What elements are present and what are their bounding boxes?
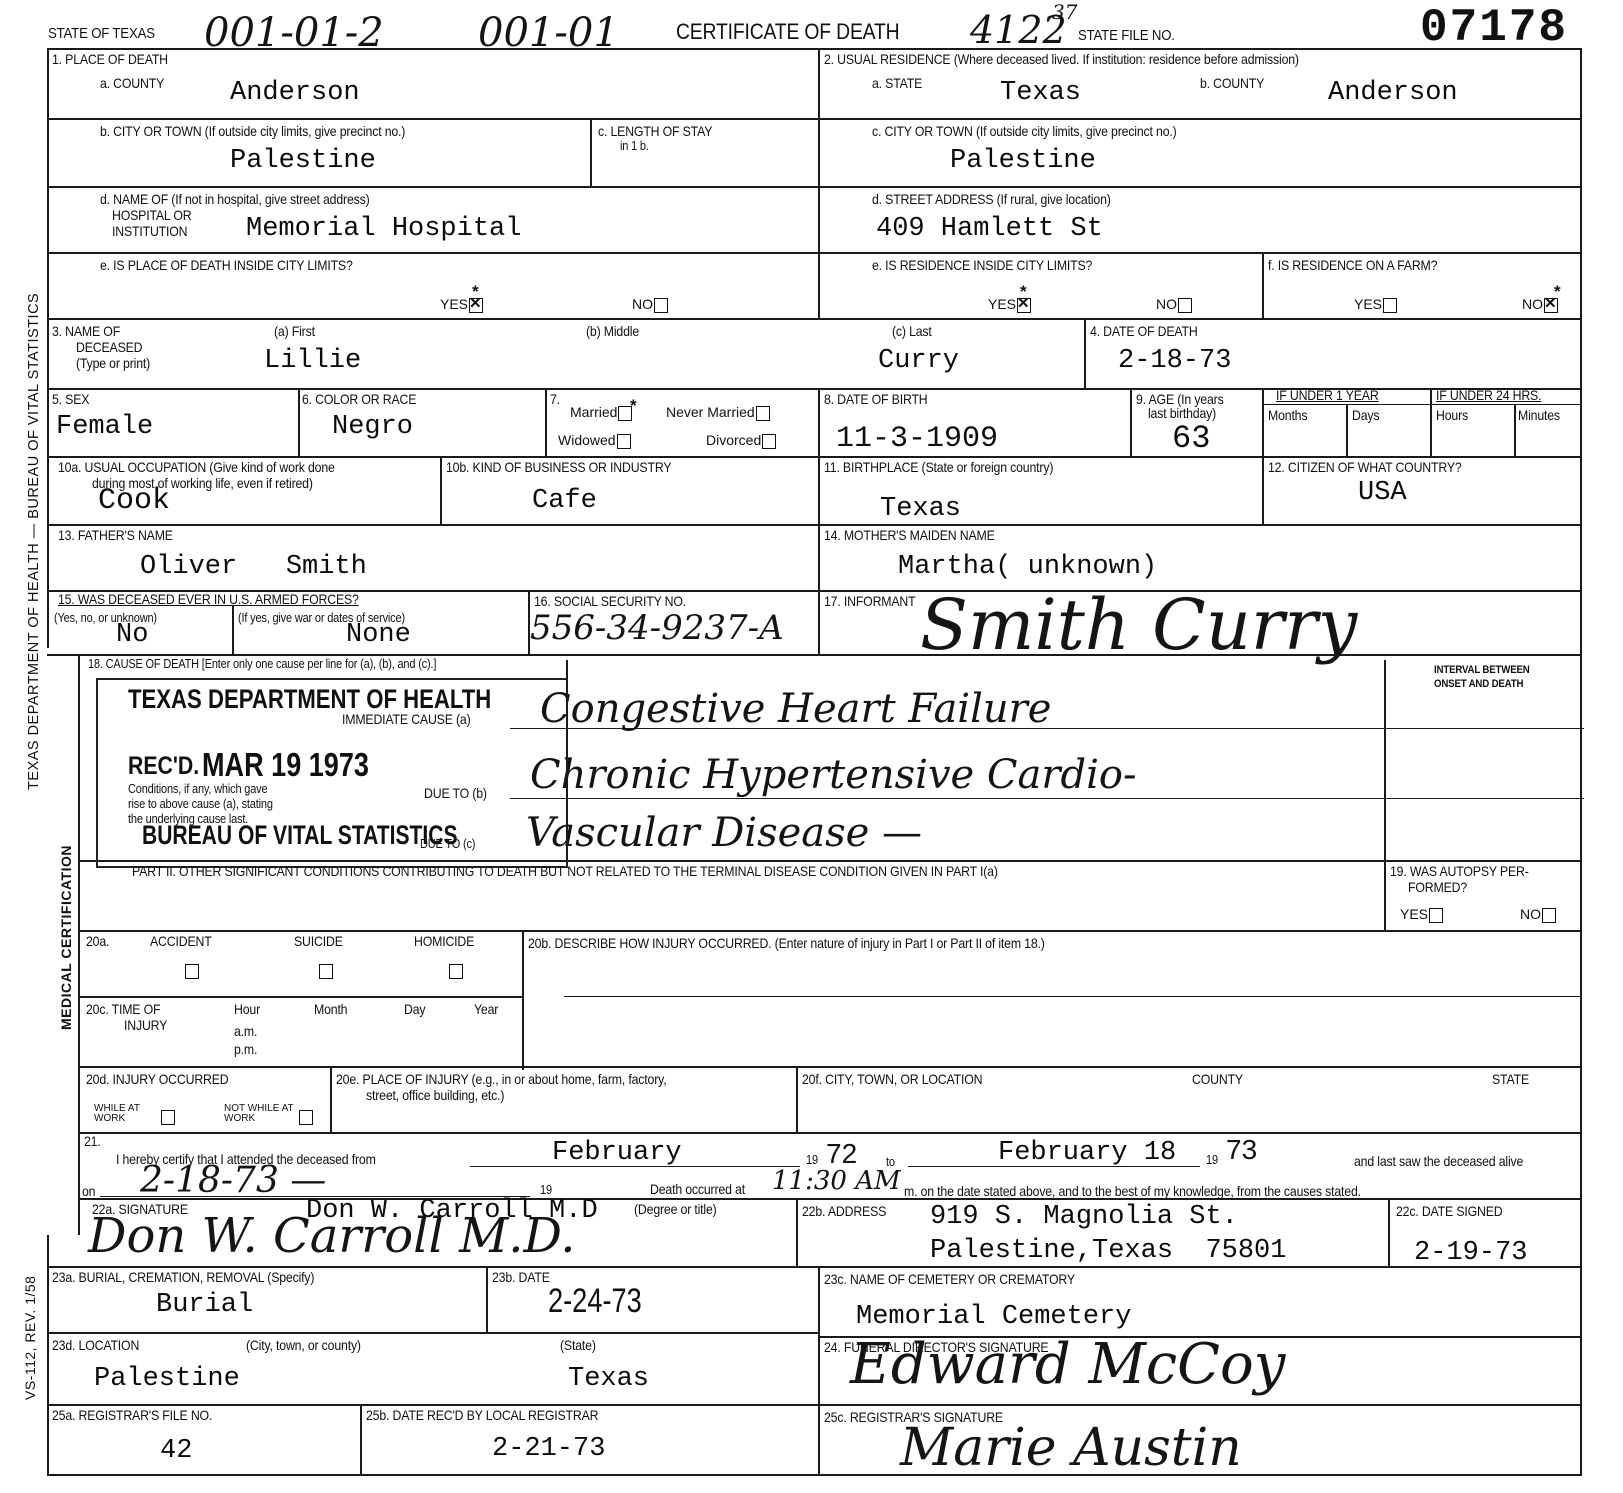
- occupation-label: 10a. USUAL OCCUPATION (Give kind of work…: [58, 460, 335, 475]
- death-city-value: Palestine: [230, 146, 376, 176]
- registrar-file-label: 25a. REGISTRAR'S FILE NO.: [52, 1408, 212, 1423]
- state-file-number: 07178: [1420, 2, 1568, 54]
- degree-label: (Degree or title): [634, 1202, 717, 1217]
- registrar-signature: Marie Austin: [900, 1418, 1242, 1478]
- autopsy-label: 19. WAS AUTOPSY PER-: [1390, 864, 1529, 879]
- not-while-at-work-option[interactable]: NOT WHILE AT WORK: [224, 1104, 294, 1124]
- injury-state-label: STATE: [1492, 1072, 1529, 1087]
- married-option[interactable]: Married: [570, 404, 632, 421]
- yes-label: YES: [988, 296, 1016, 312]
- first-name-value: Lillie: [264, 346, 361, 376]
- suicide-label: SUICIDE: [294, 934, 343, 949]
- ssn-value: 556-34-9237-A: [530, 608, 784, 648]
- injury-type-label: 20a.: [86, 934, 109, 949]
- divorced-option[interactable]: Divorced: [706, 432, 776, 449]
- date-of-death-value: 2-18-73: [1118, 346, 1231, 376]
- burial-method-label: 23a. BURIAL, CREMATION, REMOVAL (Specify…: [52, 1270, 314, 1285]
- residence-inside-city-no[interactable]: NO: [1156, 296, 1192, 313]
- armed-forces-value: No: [116, 620, 148, 650]
- location-city-value: Palestine: [94, 1364, 240, 1394]
- date-of-birth-label: 8. DATE OF BIRTH: [824, 392, 928, 407]
- residence-state-value: Texas: [1000, 78, 1081, 108]
- accident-label: ACCIDENT: [150, 934, 212, 949]
- last-name-label: (c) Last: [892, 324, 932, 339]
- length-of-stay-label: c. LENGTH OF STAY: [598, 124, 712, 139]
- married-label: Married: [570, 404, 617, 420]
- sex-label: 5. SEX: [52, 392, 89, 407]
- hospital-label-3: INSTITUTION: [112, 224, 187, 239]
- asterisk-icon: *: [1020, 282, 1027, 302]
- burial-method-value: Burial: [156, 1290, 253, 1320]
- armed-forces-label: 15. WAS DECEASED EVER IN U.S. ARMED FORC…: [58, 592, 359, 607]
- interval-label-2: ONSET AND DEATH: [1434, 678, 1523, 690]
- death-time-value: 11:30 AM: [772, 1166, 901, 1196]
- residence-inside-city-label: e. IS RESIDENCE INSIDE CITY LIMITS?: [872, 258, 1092, 273]
- describe-injury-label: 20b. DESCRIBE HOW INJURY OCCURRED. (Ente…: [528, 936, 1045, 951]
- residence-city-value: Palestine: [950, 146, 1096, 176]
- location-state-label: (State): [560, 1338, 596, 1353]
- place-of-death-label: 1. PLACE OF DEATH: [52, 52, 168, 67]
- state-file-label: STATE FILE NO.: [1078, 28, 1175, 43]
- no-label: NO: [1156, 296, 1177, 312]
- no-label: NO: [632, 296, 653, 312]
- cemetery-value: Memorial Cemetery: [856, 1302, 1131, 1332]
- cause-of-death-label: 18. CAUSE OF DEATH [Enter only one cause…: [88, 658, 436, 671]
- mother-label: 14. MOTHER'S MAIDEN NAME: [824, 528, 995, 543]
- homicide-checkbox[interactable]: [449, 964, 463, 979]
- due-to-c-value: Vascular Disease —: [526, 810, 922, 856]
- death-city-label: b. CITY OR TOWN (If outside city limits,…: [100, 124, 405, 139]
- location-city-label: (City, town, or county): [246, 1338, 361, 1353]
- address-label: 22b. ADDRESS: [802, 1204, 886, 1219]
- day-label: Day: [404, 1002, 425, 1017]
- widowed-label: Widowed: [558, 432, 616, 448]
- residence-city-label: c. CITY OR TOWN (If outside city limits,…: [872, 124, 1177, 139]
- month-label: Month: [314, 1002, 347, 1017]
- farm-yes[interactable]: YES: [1354, 296, 1397, 313]
- not-while-at-work-label: NOT WHILE AT WORK: [224, 1103, 293, 1124]
- date-signed-label: 22c. DATE SIGNED: [1396, 1204, 1503, 1219]
- residence-county-value: Anderson: [1328, 78, 1458, 108]
- under-1-year-label: IF UNDER 1 YEAR: [1276, 388, 1379, 403]
- injury-occurred-label: 20d. INJURY OCCURRED: [86, 1072, 229, 1087]
- autopsy-no[interactable]: NO: [1520, 906, 1556, 923]
- no-label: NO: [1522, 296, 1543, 312]
- father-label: 13. FATHER'S NAME: [58, 528, 173, 543]
- part-2-label: PART II. OTHER SIGNIFICANT CONDITIONS CO…: [132, 864, 998, 879]
- time-of-injury-label-2: INJURY: [124, 1018, 167, 1033]
- no-label: NO: [1520, 906, 1541, 922]
- asterisk-icon: *: [1554, 282, 1561, 302]
- while-at-work-label: WHILE AT WORK: [94, 1103, 140, 1124]
- handwritten-annotation-sup: 37: [1052, 0, 1077, 24]
- never-married-option[interactable]: Never Married: [666, 404, 770, 421]
- pm-label: p.m.: [234, 1042, 257, 1057]
- not-while-at-work-checkbox[interactable]: [299, 1110, 313, 1125]
- business-label: 10b. KIND OF BUSINESS OR INDUSTRY: [446, 460, 671, 475]
- interval-label: INTERVAL BETWEEN: [1434, 664, 1530, 676]
- never-married-label: Never Married: [666, 404, 755, 420]
- medical-certification-side-label: MEDICAL CERTIFICATION: [58, 845, 74, 1030]
- accident-checkbox[interactable]: [185, 964, 199, 979]
- immediate-cause-value: Congestive Heart Failure: [540, 686, 1051, 732]
- stamp-recd: REC'D.: [128, 752, 199, 781]
- department-side-label: TEXAS DEPARTMENT OF HEALTH — BUREAU OF V…: [26, 293, 42, 790]
- death-occurred-label: Death occurred at: [650, 1182, 745, 1197]
- name-label: 3. NAME OF: [52, 324, 120, 339]
- death-inside-city-no[interactable]: NO: [632, 296, 668, 313]
- under-24-hrs-label: IF UNDER 24 HRS.: [1436, 388, 1541, 403]
- ssn-label: 16. SOCIAL SECURITY NO.: [534, 594, 686, 609]
- autopsy-yes[interactable]: YES: [1400, 906, 1443, 923]
- street-address-label: d. STREET ADDRESS (If rural, give locati…: [872, 192, 1111, 207]
- business-value: Cafe: [532, 486, 597, 516]
- certification-text-3: m. on the date stated above, and to the …: [904, 1184, 1361, 1199]
- attended-from-month: February: [552, 1138, 682, 1168]
- citizen-label: 12. CITIZEN OF WHAT COUNTRY?: [1268, 460, 1462, 475]
- stamp-date: MAR 19 1973: [202, 746, 369, 784]
- suicide-checkbox[interactable]: [319, 964, 333, 979]
- injury-city-label: 20f. CITY, TOWN, OR LOCATION: [802, 1072, 982, 1087]
- checkbox[interactable]: [1178, 298, 1192, 313]
- state-of-texas-label: STATE OF TEXAS: [48, 26, 155, 41]
- checkbox[interactable]: [617, 434, 631, 449]
- nineteen-label-2: 19: [1206, 1154, 1218, 1167]
- burial-date-label: 23b. DATE: [492, 1270, 550, 1285]
- checkbox[interactable]: [1383, 298, 1397, 313]
- injury-county-label: COUNTY: [1192, 1072, 1243, 1087]
- date-of-birth-value: 11-3-1909: [836, 424, 998, 454]
- citizen-value: USA: [1358, 478, 1407, 508]
- race-value: Negro: [332, 412, 413, 442]
- farm-no[interactable]: NO: [1522, 296, 1558, 313]
- sex-value: Female: [56, 412, 153, 442]
- cemetery-label: 23c. NAME OF CEMETERY OR CREMATORY: [824, 1272, 1075, 1287]
- checkbox[interactable]: [1542, 908, 1556, 923]
- days-label: Days: [1352, 408, 1379, 423]
- age-label-2: last birthday): [1148, 406, 1216, 421]
- address-line-2: Palestine,Texas 75801: [930, 1236, 1286, 1266]
- physician-signature: Don W. Carroll M.D.: [88, 1208, 576, 1264]
- am-label: a.m.: [234, 1024, 257, 1039]
- farm-label: f. IS RESIDENCE ON A FARM?: [1268, 258, 1437, 273]
- stamp-line-1: TEXAS DEPARTMENT OF HEALTH: [128, 684, 491, 715]
- while-at-work-option[interactable]: WHILE AT WORK: [94, 1104, 154, 1124]
- due-to-b-value: Chronic Hypertensive Cardio-: [530, 752, 1137, 798]
- birthplace-value: Texas: [880, 494, 961, 524]
- funeral-director-signature: Edward McCoy: [850, 1332, 1285, 1397]
- address-line-1: 919 S. Magnolia St.: [930, 1202, 1238, 1232]
- marital-label: 7.: [550, 392, 560, 407]
- first-name-label: (a) First: [274, 324, 315, 339]
- months-label: Months: [1268, 408, 1307, 423]
- age-value: 63: [1172, 424, 1210, 454]
- county-label: a. COUNTY: [100, 76, 164, 91]
- residence-county-label: b. COUNTY: [1200, 76, 1264, 91]
- homicide-label: HOMICIDE: [414, 934, 474, 949]
- mother-value: Martha( unknown): [898, 552, 1157, 582]
- burial-date-value: 2-24-73: [548, 1282, 642, 1321]
- certification-number: 21.: [84, 1134, 101, 1149]
- informant-label: 17. INFORMANT: [824, 594, 915, 609]
- on-label: on: [82, 1184, 95, 1199]
- certificate-title: CERTIFICATE OF DEATH: [676, 20, 899, 44]
- year-label: Year: [474, 1002, 498, 1017]
- asterisk-icon: *: [472, 282, 479, 302]
- hours-label: Hours: [1436, 408, 1468, 423]
- father-value: Oliver Smith: [140, 552, 367, 582]
- race-label: 6. COLOR OR RACE: [302, 392, 416, 407]
- hour-label: Hour: [234, 1002, 260, 1017]
- place-of-injury-label: 20e. PLACE OF INJURY (e.g., in or about …: [336, 1072, 666, 1087]
- registrar-file-value: 42: [160, 1436, 192, 1466]
- autopsy-label-2: FORMED?: [1408, 880, 1467, 895]
- checkbox[interactable]: [762, 434, 776, 449]
- certification-text-2: and last saw the deceased alive: [1354, 1154, 1523, 1169]
- checkbox[interactable]: [1429, 908, 1443, 923]
- place-of-injury-label-2: street, office building, etc.): [366, 1088, 504, 1103]
- name-label-2: DECEASED: [76, 340, 142, 355]
- divorced-label: Divorced: [706, 432, 761, 448]
- birthplace-label: 11. BIRTHPLACE (State or foreign country…: [824, 460, 1053, 475]
- hospital-label: d. NAME OF (If not in hospital, give str…: [100, 192, 370, 207]
- registrar-date-label: 25b. DATE REC'D BY LOCAL REGISTRAR: [366, 1408, 598, 1423]
- widowed-option[interactable]: Widowed: [558, 432, 631, 449]
- occupation-value: Cook: [98, 486, 170, 516]
- death-county-value: Anderson: [230, 78, 360, 108]
- service-dates-value: None: [346, 620, 411, 650]
- hospital-value: Memorial Hospital: [246, 214, 521, 244]
- length-of-stay-sublabel: in 1 b.: [620, 140, 649, 153]
- yes-label: YES: [440, 296, 468, 312]
- death-inside-city-label: e. IS PLACE OF DEATH INSIDE CITY LIMITS?: [100, 258, 353, 273]
- time-of-injury-label: 20c. TIME OF: [86, 1002, 160, 1017]
- location-label: 23d. LOCATION: [52, 1338, 139, 1353]
- residence-state-label: a. STATE: [872, 76, 922, 91]
- attended-to-date: February 18: [998, 1138, 1176, 1168]
- last-name-value: Curry: [878, 346, 959, 376]
- stamp-line-3: BUREAU OF VITAL STATISTICS: [142, 820, 458, 851]
- while-at-work-checkbox[interactable]: [161, 1110, 175, 1125]
- hospital-label-2: HOSPITAL OR: [112, 208, 192, 223]
- yes-label: YES: [1354, 296, 1382, 312]
- middle-name-label: (b) Middle: [586, 324, 639, 339]
- minutes-label: Minutes: [1518, 408, 1560, 423]
- form-number-label: VS-112, REV. 1/58: [22, 1276, 38, 1400]
- street-address-value: 409 Hamlett St: [876, 214, 1103, 244]
- location-state-value: Texas: [568, 1364, 649, 1394]
- last-seen-date: 2-18-73 —: [140, 1160, 326, 1201]
- yes-label: YES: [1400, 906, 1428, 922]
- checkbox[interactable]: [756, 406, 770, 421]
- date-signed-value: 2-19-73: [1414, 1238, 1527, 1268]
- attended-to-year: 73: [1226, 1134, 1257, 1166]
- asterisk-icon: *: [630, 396, 637, 416]
- registrar-date-value: 2-21-73: [492, 1434, 605, 1464]
- residence-label: 2. USUAL RESIDENCE (Where deceased lived…: [824, 52, 1299, 67]
- checkbox[interactable]: [654, 298, 668, 313]
- name-label-3: (Type or print): [76, 356, 150, 371]
- date-of-death-label: 4. DATE OF DEATH: [1090, 324, 1198, 339]
